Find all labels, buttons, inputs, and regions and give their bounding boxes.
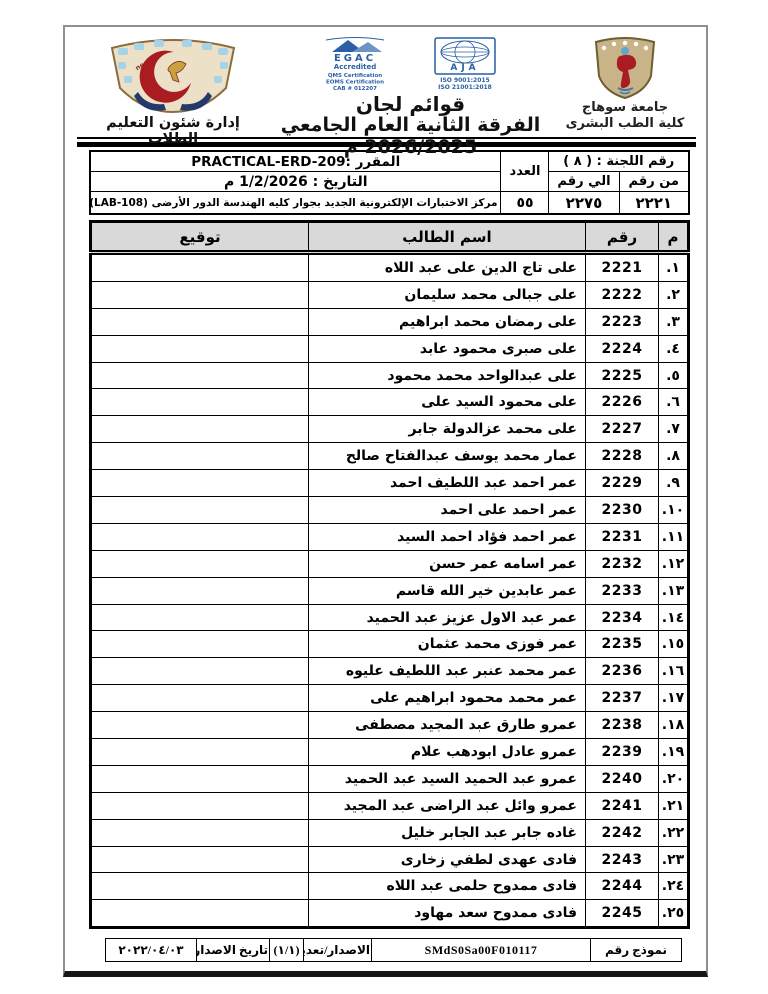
exam-info-table: رقم اللجنة : ( ٨ ) العدد المقرر :PRACTIC…: [89, 150, 690, 215]
row-id-cell: 2242: [586, 819, 659, 846]
university-name: جامعة سوهاج: [554, 100, 696, 116]
row-index-cell: ١١.: [659, 523, 689, 550]
students-table-header-row: م رقم اسم الطالب توقيع: [91, 222, 689, 253]
row-name-cell: على محمود السيد على: [309, 389, 586, 416]
table-row: ١٨. 2238 عمرو طارق عبد المجيد مصطفى: [91, 712, 689, 739]
table-row: ١١. 2231 عمر احمد فؤاد احمد السيد: [91, 523, 689, 550]
issue-date-label: تاريخ الاصدار: [197, 939, 270, 962]
from-number-value: ٢٢٢١: [619, 192, 689, 215]
table-row: ١٢. 2232 عمر اسامه عمر حسن: [91, 550, 689, 577]
header: جامعة سوهاج كلية الطب البشرى EGAC Accred…: [65, 27, 706, 137]
row-name-cell: على رمضان محمد ابراهيم: [309, 308, 586, 335]
department-block: Faculty of Medicine إدارة شئون التعليم ا…: [79, 36, 267, 147]
table-row: ٥. 2225 على عبدالواحد محمد محمود: [91, 362, 689, 389]
row-signature-cell: [91, 792, 309, 819]
row-id-cell: 2231: [586, 523, 659, 550]
row-index-cell: ٢٠.: [659, 765, 689, 792]
table-row: ٢١. 2241 عمرو وائل عبد الراضى عبد المجيد: [91, 792, 689, 819]
row-name-cell: عمر احمد عبد اللطيف احمد: [309, 470, 586, 497]
row-index-cell: ١٤.: [659, 604, 689, 631]
issue-revision-value: (١/١): [270, 939, 304, 962]
row-id-cell: 2235: [586, 631, 659, 658]
table-row: ٢٠. 2240 عمرو عبد الحميد السيد عبد الحمي…: [91, 765, 689, 792]
row-id-cell: 2241: [586, 792, 659, 819]
row-index-cell: ٨.: [659, 443, 689, 470]
row-id-cell: 2230: [586, 497, 659, 524]
page-subtitle: الفرقة الثانية العام الجامعي 2026/2025 م: [267, 115, 554, 159]
col-header-signature: توقيع: [91, 222, 309, 253]
row-index-cell: ٢٣.: [659, 846, 689, 873]
count-value: ٥٥: [501, 192, 549, 215]
row-signature-cell: [91, 362, 309, 389]
row-signature-cell: [91, 739, 309, 766]
page-title: قوائم لجان: [267, 93, 554, 115]
issue-date-value: ٢٠٢٢/٠٤/٠٣: [106, 939, 197, 962]
row-id-cell: 2225: [586, 362, 659, 389]
row-index-cell: ١٢.: [659, 550, 689, 577]
row-signature-cell: [91, 253, 309, 282]
issue-revision-label: الاصدار/تعديل: [304, 939, 372, 962]
row-id-cell: 2233: [586, 577, 659, 604]
row-index-cell: ٦.: [659, 389, 689, 416]
egac-logo-icon: EGAC Accredited QMS Certification EOMS C…: [312, 36, 398, 92]
row-signature-cell: [91, 819, 309, 846]
row-id-cell: 2223: [586, 308, 659, 335]
row-id-cell: 2232: [586, 550, 659, 577]
row-name-cell: عمر فوزى محمد عثمان: [309, 631, 586, 658]
row-signature-cell: [91, 470, 309, 497]
university-block: جامعة سوهاج كلية الطب البشرى: [554, 36, 696, 132]
row-name-cell: على محمد عزالدولة جابر: [309, 416, 586, 443]
row-signature-cell: [91, 873, 309, 900]
row-signature-cell: [91, 308, 309, 335]
table-row: ٨. 2228 عمار محمد يوسف عبدالفتاح صالح: [91, 443, 689, 470]
row-index-cell: ١٠.: [659, 497, 689, 524]
table-row: ١٦. 2236 عمر محمد عنبر عبد اللطيف عليوه: [91, 658, 689, 685]
committee-number: رقم اللجنة : ( ٨ ): [549, 151, 689, 172]
page-frame: جامعة سوهاج كلية الطب البشرى EGAC Accred…: [63, 25, 708, 977]
row-id-cell: 2237: [586, 685, 659, 712]
document-page: جامعة سوهاج كلية الطب البشرى EGAC Accred…: [0, 0, 768, 994]
row-name-cell: عمر اسامه عمر حسن: [309, 550, 586, 577]
row-name-cell: عمر احمد فؤاد احمد السيد: [309, 523, 586, 550]
row-id-cell: 2221: [586, 253, 659, 282]
row-name-cell: غاده جابر عبد الجابر خليل: [309, 819, 586, 846]
form-number-value: SMdS0Sa00F010117: [372, 939, 591, 962]
row-signature-cell: [91, 550, 309, 577]
row-signature-cell: [91, 846, 309, 873]
table-row: ٢٢. 2242 غاده جابر عبد الجابر خليل: [91, 819, 689, 846]
row-index-cell: ٣.: [659, 308, 689, 335]
row-signature-cell: [91, 523, 309, 550]
row-id-cell: 2244: [586, 873, 659, 900]
row-id-cell: 2224: [586, 335, 659, 362]
table-row: ١. 2221 على تاج الدين على عبد اللاه: [91, 253, 689, 282]
row-signature-cell: [91, 577, 309, 604]
row-index-cell: ٧.: [659, 416, 689, 443]
row-signature-cell: [91, 389, 309, 416]
row-id-cell: 2229: [586, 470, 659, 497]
row-signature-cell: [91, 900, 309, 928]
to-number-value: ٢٢٧٥: [549, 192, 619, 215]
table-row: ١٧. 2237 عمر محمد محمود ابراهيم على: [91, 685, 689, 712]
row-id-cell: 2234: [586, 604, 659, 631]
row-index-cell: ٢٥.: [659, 900, 689, 928]
row-index-cell: ٥.: [659, 362, 689, 389]
faculty-logo-icon: Faculty of Medicine: [104, 36, 242, 114]
row-id-cell: 2228: [586, 443, 659, 470]
row-id-cell: 2243: [586, 846, 659, 873]
svg-text:Accredited: Accredited: [333, 63, 375, 71]
svg-text:EOMS Certification: EOMS Certification: [325, 80, 383, 86]
faculty-name: كلية الطب البشرى: [554, 116, 696, 132]
row-name-cell: فادى عهدى لطفي زخارى: [309, 846, 586, 873]
row-index-cell: ٢٤.: [659, 873, 689, 900]
students-table: م رقم اسم الطالب توقيع ١. 2221 على تاج ا…: [89, 220, 690, 929]
row-id-cell: 2245: [586, 900, 659, 928]
form-footer-table: نموذج رقم SMdS0Sa00F010117 الاصدار/تعديل…: [105, 938, 682, 962]
row-index-cell: ١٧.: [659, 685, 689, 712]
exam-location: مركز الاختبارات الإلكترونية الجديد بجوار…: [90, 192, 501, 215]
row-name-cell: على تاج الدين على عبد اللاه: [309, 253, 586, 282]
row-id-cell: 2239: [586, 739, 659, 766]
row-index-cell: ١٥.: [659, 631, 689, 658]
row-index-cell: ٢.: [659, 281, 689, 308]
col-header-index: م: [659, 222, 689, 253]
row-name-cell: على جبالى محمد سليمان: [309, 281, 586, 308]
row-signature-cell: [91, 443, 309, 470]
row-name-cell: فادى ممدوح حلمى عبد اللاه: [309, 873, 586, 900]
svg-text:ISO 9001:2015: ISO 9001:2015: [440, 77, 490, 84]
row-index-cell: ١٨.: [659, 712, 689, 739]
row-name-cell: عمر عبد الاول عزيز عبد الحميد: [309, 604, 586, 631]
row-name-cell: عمرو عادل ابودهب علام: [309, 739, 586, 766]
row-id-cell: 2227: [586, 416, 659, 443]
row-signature-cell: [91, 281, 309, 308]
row-index-cell: ٢١.: [659, 792, 689, 819]
row-name-cell: عمر احمد على احمد: [309, 497, 586, 524]
row-index-cell: ١٣.: [659, 577, 689, 604]
row-signature-cell: [91, 416, 309, 443]
col-header-name: اسم الطالب: [309, 222, 586, 253]
row-index-cell: ١٦.: [659, 658, 689, 685]
table-row: ٢٥. 2245 فادى ممدوح سعد مهاود: [91, 900, 689, 928]
row-name-cell: عمر محمد محمود ابراهيم على: [309, 685, 586, 712]
table-row: ١٠. 2230 عمر احمد على احمد: [91, 497, 689, 524]
table-row: ٩. 2229 عمر احمد عبد اللطيف احمد: [91, 470, 689, 497]
table-row: ٦. 2226 على محمود السيد على: [91, 389, 689, 416]
accreditation-logos: EGAC Accredited QMS Certification EOMS C…: [267, 36, 554, 92]
table-row: ٣. 2223 على رمضان محمد ابراهيم: [91, 308, 689, 335]
row-name-cell: عمار محمد يوسف عبدالفتاح صالح: [309, 443, 586, 470]
university-logo-icon: [590, 36, 660, 100]
row-name-cell: عمر عابدين خير الله قاسم: [309, 577, 586, 604]
row-signature-cell: [91, 631, 309, 658]
row-signature-cell: [91, 685, 309, 712]
table-row: ١٣. 2233 عمر عابدين خير الله قاسم: [91, 577, 689, 604]
row-name-cell: على صبرى محمود عابد: [309, 335, 586, 362]
col-header-id: رقم: [586, 222, 659, 253]
table-row: ١٩. 2239 عمرو عادل ابودهب علام: [91, 739, 689, 766]
row-id-cell: 2238: [586, 712, 659, 739]
table-row: ٤. 2224 على صبرى محمود عابد: [91, 335, 689, 362]
row-id-cell: 2240: [586, 765, 659, 792]
table-row: ٢٤. 2244 فادى ممدوح حلمى عبد اللاه: [91, 873, 689, 900]
row-signature-cell: [91, 497, 309, 524]
row-name-cell: عمر محمد عنبر عبد اللطيف عليوه: [309, 658, 586, 685]
row-name-cell: على عبدالواحد محمد محمود: [309, 362, 586, 389]
row-signature-cell: [91, 765, 309, 792]
row-signature-cell: [91, 712, 309, 739]
svg-text:QMS Certification: QMS Certification: [327, 73, 381, 79]
row-id-cell: 2226: [586, 389, 659, 416]
row-name-cell: عمرو طارق عبد المجيد مصطفى: [309, 712, 586, 739]
aja-logo-icon: AJA ISO 9001:2015 ISO 21001:2018: [420, 36, 510, 92]
table-row: ٢. 2222 على جبالى محمد سليمان: [91, 281, 689, 308]
table-row: ١٤. 2234 عمر عبد الاول عزيز عبد الحميد: [91, 604, 689, 631]
table-row: ٧. 2227 على محمد عزالدولة جابر: [91, 416, 689, 443]
row-index-cell: ٩.: [659, 470, 689, 497]
svg-text:AJA: AJA: [450, 63, 479, 73]
row-signature-cell: [91, 604, 309, 631]
row-name-cell: فادى ممدوح سعد مهاود: [309, 900, 586, 928]
to-number-label: الي رقم: [549, 172, 619, 192]
row-name-cell: عمرو عبد الحميد السيد عبد الحميد: [309, 765, 586, 792]
svg-text:ISO 21001:2018: ISO 21001:2018: [438, 84, 492, 91]
row-signature-cell: [91, 658, 309, 685]
form-number-label: نموذج رقم: [591, 939, 682, 962]
table-row: ٢٣. 2243 فادى عهدى لطفي زخارى: [91, 846, 689, 873]
table-row: ١٥. 2235 عمر فوزى محمد عثمان: [91, 631, 689, 658]
row-id-cell: 2222: [586, 281, 659, 308]
row-name-cell: عمرو وائل عبد الراضى عبد المجيد: [309, 792, 586, 819]
row-index-cell: ٤.: [659, 335, 689, 362]
row-index-cell: ٢٢.: [659, 819, 689, 846]
department-name: إدارة شئون التعليم الطلاب: [79, 115, 267, 147]
row-signature-cell: [91, 335, 309, 362]
from-number-label: من رقم: [619, 172, 689, 192]
row-index-cell: ١.: [659, 253, 689, 282]
exam-date: التاريخ : 1/2/2026 م: [90, 172, 501, 192]
row-index-cell: ١٩.: [659, 739, 689, 766]
header-center: EGAC Accredited QMS Certification EOMS C…: [267, 36, 554, 159]
row-id-cell: 2236: [586, 658, 659, 685]
